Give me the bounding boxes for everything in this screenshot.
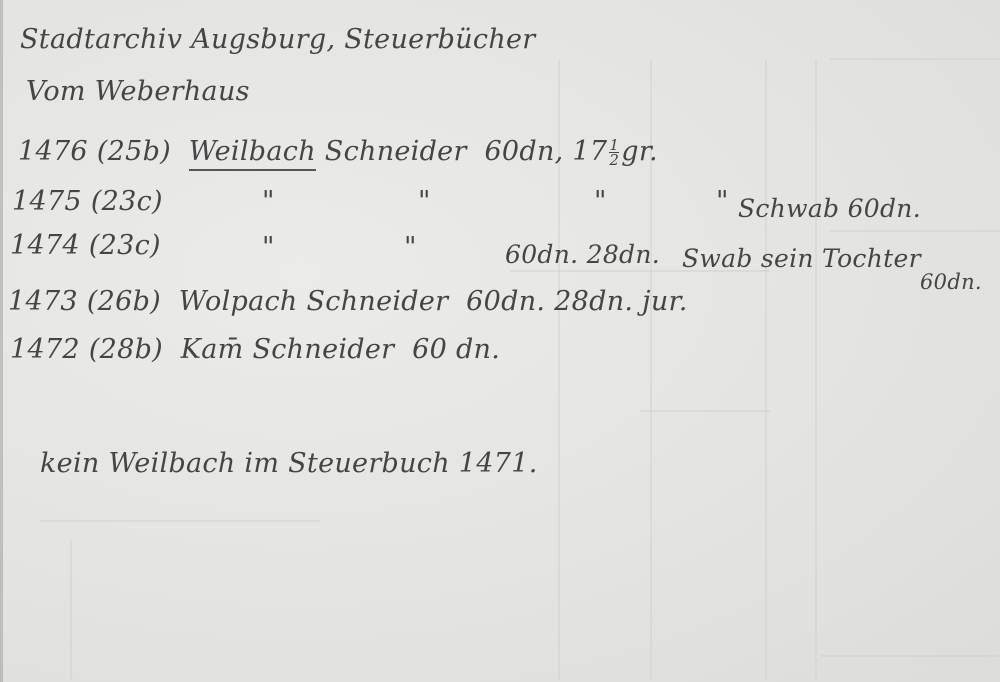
archive-note-card: Stadtarchiv Augsburg, Steuerbücher Vom W… xyxy=(0,0,1000,682)
header-line-2: Vom Weberhaus xyxy=(26,76,250,107)
entry-amount: 60dn. 28dn. jur. xyxy=(466,286,687,317)
entry-year: 1474 xyxy=(10,230,80,261)
entry-year: 1475 xyxy=(12,186,82,217)
ghost-rule xyxy=(70,540,72,680)
ghost-rule xyxy=(820,655,1000,657)
entry-note: Swab sein Tochter xyxy=(682,244,921,273)
entry-unit: gr. xyxy=(621,136,658,167)
entry-year: 1476 xyxy=(18,136,88,167)
ditto-mark: " xyxy=(262,186,275,217)
fraction: 12 xyxy=(609,138,619,167)
entry-1472: 1472 (28b) Kam̄ Schneider 60 dn. xyxy=(10,334,500,365)
entry-note-amount: 60dn. xyxy=(920,270,982,294)
entry-note: Schwab 60dn. xyxy=(738,194,921,223)
ghost-rule xyxy=(830,58,1000,60)
ditto-mark: " xyxy=(418,186,431,217)
entry-ref: (25b) xyxy=(97,136,171,167)
ditto-mark: " xyxy=(404,232,417,263)
ghost-rule xyxy=(40,520,320,522)
entry-ref: (23c) xyxy=(91,186,163,217)
entry-amount: 60 dn. xyxy=(412,334,500,365)
entry-1474: 1474 (23c) xyxy=(10,230,161,261)
entry-name: Kam̄ xyxy=(181,334,244,365)
entry-ref: (26b) xyxy=(87,286,161,317)
header-line-1: Stadtarchiv Augsburg, Steuerbücher xyxy=(20,24,536,55)
entry-amount: 60dn. 28dn. xyxy=(505,240,660,269)
ditto-mark: " xyxy=(594,186,607,217)
ditto-mark: " xyxy=(716,186,729,217)
footer-note: kein Weilbach im Steuerbuch 1471. xyxy=(40,448,538,479)
entry-ref: (28b) xyxy=(89,334,163,365)
entry-trade: Schneider xyxy=(325,136,467,167)
ghost-rule xyxy=(815,60,817,680)
entry-trade: Schneider xyxy=(252,334,394,365)
ghost-rule xyxy=(765,60,767,680)
card-edge xyxy=(0,0,3,682)
entry-amount: 60dn, 17 xyxy=(484,136,607,167)
entry-1473: 1473 (26b) Wolpach Schneider 60dn. 28dn.… xyxy=(8,286,688,317)
entry-1476: 1476 (25b) Weilbach Schneider 60dn, 1712… xyxy=(18,136,658,167)
ditto-mark: " xyxy=(262,232,275,263)
entry-1475: 1475 (23c) xyxy=(12,186,163,217)
entry-ref: (23c) xyxy=(89,230,161,261)
ghost-rule xyxy=(640,410,770,412)
entry-name: Wolpach xyxy=(179,286,298,317)
entry-year: 1473 xyxy=(8,286,78,317)
entry-year: 1472 xyxy=(10,334,80,365)
entry-name: Weilbach xyxy=(189,136,316,171)
ghost-rule xyxy=(830,230,1000,232)
entry-trade: Schneider xyxy=(307,286,449,317)
